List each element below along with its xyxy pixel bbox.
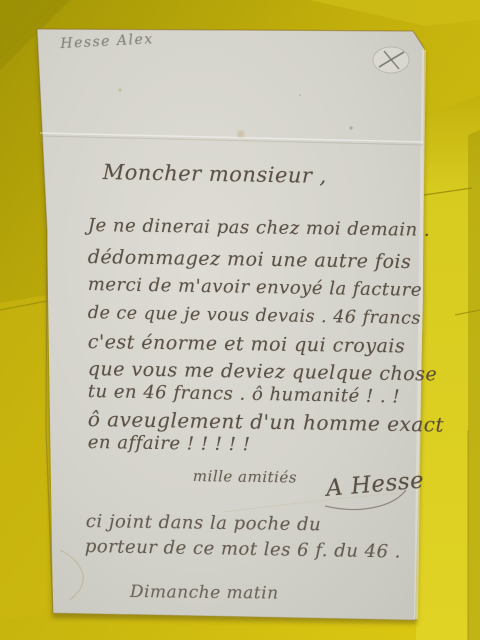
letter-body-line: c'est énorme et moi qui croyais [88, 331, 406, 357]
letter-postscript-line: ci joint dans la poche du [86, 511, 322, 535]
letter-closing: mille amitiés [193, 467, 297, 486]
pencil-x-mark-icon [373, 47, 409, 73]
photo-of-handwritten-letter: Hesse Alex Moncher monsieur , Je ne dine… [0, 0, 480, 640]
letter-dateline: Dimanche matin [130, 582, 279, 604]
letter-salutation: Moncher monsieur , [103, 160, 327, 188]
letter-body-line: en affaire ! ! ! ! ! [88, 432, 251, 455]
